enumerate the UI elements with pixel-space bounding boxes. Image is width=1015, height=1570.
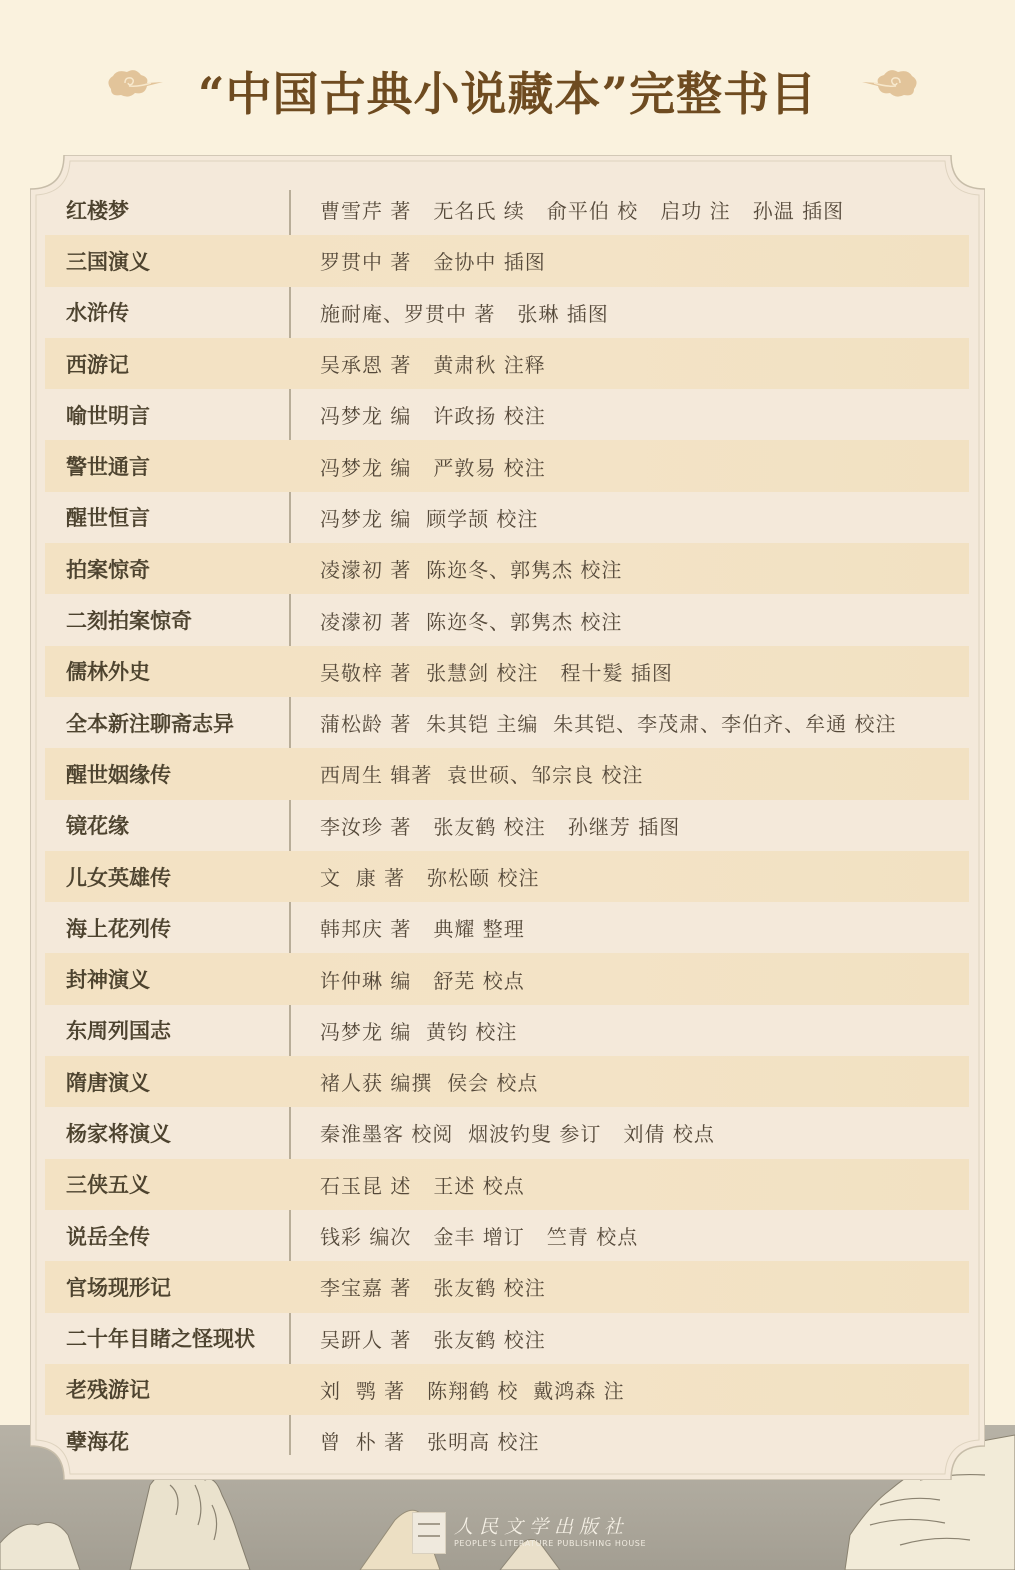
book-credits: 吴趼人 著 张友鹤 校注 [320, 1313, 546, 1364]
book-title: 杨家将演义 [66, 1107, 171, 1158]
book-title: 三侠五义 [66, 1159, 150, 1210]
book-title: 官场现形记 [66, 1261, 171, 1312]
book-credits: 秦淮墨客 校阅 烟波钓叟 参订 刘倩 校点 [320, 1107, 715, 1158]
page-header: “中国古典小说藏本”完整书目 [0, 40, 1015, 130]
table-row: 二十年目睹之怪现状吴趼人 著 张友鹤 校注 [45, 1313, 969, 1364]
table-row: 儿女英雄传文 康 著 弥松颐 校注 [45, 851, 969, 902]
table-row: 杨家将演义秦淮墨客 校阅 烟波钓叟 参订 刘倩 校点 [45, 1107, 969, 1158]
book-credits: 文 康 著 弥松颐 校注 [320, 851, 540, 902]
book-credits: 刘 鹗 著 陈翔鹤 校 戴鸿森 注 [320, 1364, 625, 1415]
table-row: 警世通言冯梦龙 编 严敦易 校注 [45, 440, 969, 491]
table-row: 镜花缘李汝珍 著 张友鹤 校注 孙继芳 插图 [45, 800, 969, 851]
table-row: 拍案惊奇凌濛初 著 陈迩冬、郭隽杰 校注 [45, 543, 969, 594]
table-row: 喻世明言冯梦龙 编 许政扬 校注 [45, 389, 969, 440]
book-credits: 罗贯中 著 金协中 插图 [320, 235, 546, 286]
table-row: 三侠五义石玉昆 述 王述 校点 [45, 1159, 969, 1210]
table-row: 老残游记刘 鹗 著 陈翔鹤 校 戴鸿森 注 [45, 1364, 969, 1415]
table-row: 醒世姻缘传西周生 辑著 袁世硕、邹宗良 校注 [45, 748, 969, 799]
book-title: 镜花缘 [66, 800, 129, 851]
book-title: 说岳全传 [66, 1210, 150, 1261]
publisher-logo: 人民文学出版社 PEOPLE'S LITERATURE PUBLISHING H… [412, 1512, 646, 1554]
book-title: 封神演义 [66, 953, 150, 1004]
table-row: 水浒传施耐庵、罗贯中 著 张琳 插图 [45, 287, 969, 338]
book-credits: 韩邦庆 著 典耀 整理 [320, 902, 525, 953]
book-title: 隋唐演义 [66, 1056, 150, 1107]
table-row: 说岳全传钱彩 编次 金丰 增订 竺青 校点 [45, 1210, 969, 1261]
book-title: 孽海花 [66, 1415, 129, 1466]
catalog-table: 红楼梦曹雪芹 著 无名氏 续 俞平伯 校 启功 注 孙温 插图 三国演义罗贯中 … [45, 184, 969, 1466]
book-title: 老残游记 [66, 1364, 150, 1415]
book-credits: 冯梦龙 编 黄钧 校注 [320, 1005, 517, 1056]
book-credits: 钱彩 编次 金丰 增订 竺青 校点 [320, 1210, 638, 1261]
book-credits: 施耐庵、罗贯中 著 张琳 插图 [320, 287, 609, 338]
publisher-name-cn: 人民文学出版社 [454, 1516, 646, 1538]
book-title: 二刻拍案惊奇 [66, 594, 192, 645]
book-credits: 冯梦龙 编 许政扬 校注 [320, 389, 546, 440]
book-title: 拍案惊奇 [66, 543, 150, 594]
book-title: 醒世姻缘传 [66, 748, 171, 799]
book-title: 东周列国志 [66, 1005, 171, 1056]
book-credits: 西周生 辑著 袁世硕、邹宗良 校注 [320, 748, 643, 799]
table-row: 隋唐演义褚人获 编撰 侯会 校点 [45, 1056, 969, 1107]
book-credits: 李汝珍 著 张友鹤 校注 孙继芳 插图 [320, 800, 680, 851]
book-credits: 吴敬梓 著 张慧剑 校注 程十髮 插图 [320, 646, 673, 697]
book-credits: 凌濛初 著 陈迩冬、郭隽杰 校注 [320, 543, 622, 594]
book-credits: 冯梦龙 编 顾学颉 校注 [320, 492, 538, 543]
table-row: 封神演义许仲琳 编 舒芜 校点 [45, 953, 969, 1004]
table-row: 东周列国志冯梦龙 编 黄钧 校注 [45, 1005, 969, 1056]
table-row: 海上花列传韩邦庆 著 典耀 整理 [45, 902, 969, 953]
book-title: 儿女英雄传 [66, 851, 171, 902]
book-credits: 凌濛初 著 陈迩冬、郭隽杰 校注 [320, 594, 622, 645]
book-credits: 褚人获 编撰 侯会 校点 [320, 1056, 538, 1107]
book-title: 西游记 [66, 338, 129, 389]
book-title: 水浒传 [66, 287, 129, 338]
book-title: 醒世恒言 [66, 492, 150, 543]
book-credits: 曾 朴 著 张明高 校注 [320, 1415, 540, 1466]
publisher-name-en: PEOPLE'S LITERATURE PUBLISHING HOUSE [454, 1538, 646, 1550]
book-credits: 曹雪芹 著 无名氏 续 俞平伯 校 启功 注 孙温 插图 [320, 184, 844, 235]
table-row: 西游记吴承恩 著 黄肃秋 注释 [45, 338, 969, 389]
table-row: 红楼梦曹雪芹 著 无名氏 续 俞平伯 校 启功 注 孙温 插图 [45, 184, 969, 235]
book-title: 海上花列传 [66, 902, 171, 953]
table-row: 二刻拍案惊奇凌濛初 著 陈迩冬、郭隽杰 校注 [45, 594, 969, 645]
table-row: 醒世恒言冯梦龙 编 顾学颉 校注 [45, 492, 969, 543]
table-row: 儒林外史吴敬梓 著 张慧剑 校注 程十髮 插图 [45, 646, 969, 697]
book-credits: 石玉昆 述 王述 校点 [320, 1159, 525, 1210]
book-title: 全本新注聊斋志异 [66, 697, 234, 748]
book-title: 儒林外史 [66, 646, 150, 697]
book-title: 三国演义 [66, 235, 150, 286]
book-credits: 吴承恩 著 黄肃秋 注释 [320, 338, 546, 389]
book-title: 二十年目睹之怪现状 [66, 1313, 255, 1364]
table-row: 官场现形记李宝嘉 著 张友鹤 校注 [45, 1261, 969, 1312]
book-credits: 蒲松龄 著 朱其铠 主编 朱其铠、李茂肃、李伯齐、牟通 校注 [320, 697, 897, 748]
seal-logo-icon [412, 1512, 446, 1554]
book-title: 警世通言 [66, 440, 150, 491]
auspicious-cloud-icon [860, 67, 920, 99]
book-credits: 许仲琳 编 舒芜 校点 [320, 953, 525, 1004]
table-row: 全本新注聊斋志异蒲松龄 著 朱其铠 主编 朱其铠、李茂肃、李伯齐、牟通 校注 [45, 697, 969, 748]
book-title: 红楼梦 [66, 184, 129, 235]
book-credits: 冯梦龙 编 严敦易 校注 [320, 440, 546, 491]
book-title: 喻世明言 [66, 389, 150, 440]
table-row: 孽海花曾 朴 著 张明高 校注 [45, 1415, 969, 1466]
table-row: 三国演义罗贯中 著 金协中 插图 [45, 235, 969, 286]
book-credits: 李宝嘉 著 张友鹤 校注 [320, 1261, 546, 1312]
